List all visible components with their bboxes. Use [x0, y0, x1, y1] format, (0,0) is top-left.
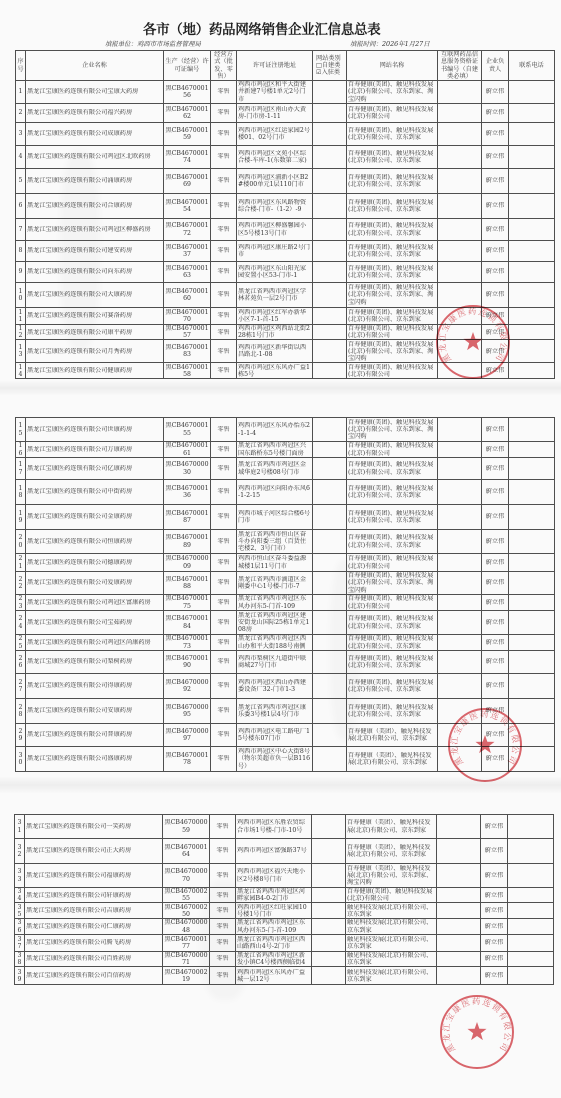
license-number-cell: 黑CB467000172 [164, 219, 211, 241]
license-number: 黑CB467000158 [165, 364, 209, 378]
license-number: 黑CB467000137 [165, 244, 209, 258]
business-mode-cell: 零售 [211, 169, 237, 194]
business-mode-cell: 零售 [210, 903, 236, 919]
registered-address: 鸡西市鸡冠区东胜农贸综合市场1号楼-门市-10号 [237, 819, 310, 833]
business-mode: 零售 [212, 538, 235, 545]
registered-address-cell: 黑龙江省鸡西市鸡冠区金域华庭2号楼08号门市 [237, 458, 313, 480]
license-number-cell: 黑CB467000136 [164, 480, 211, 505]
person-in-charge-cell: 蔚立伟 [481, 951, 508, 966]
row-number: 4 [17, 153, 24, 160]
business-mode-cell: 零售 [211, 340, 237, 363]
business-mode: 零售 [211, 872, 234, 879]
business-mode-cell: 零售 [211, 699, 237, 724]
company-name-cell: 黑龙江宝康医药连锁有限公司百姓药房 [25, 951, 163, 966]
company-name: 黑龙江宝康医药连锁有限公司鸡冠区富康药房 [27, 599, 162, 606]
company-name: 黑龙江宝康医药连锁有限公司健康药房 [27, 367, 162, 374]
row-number-cell: 31 [15, 815, 25, 839]
website-type-cell [313, 442, 347, 458]
reporting-time-label: 填报时间： [350, 40, 382, 48]
person-in-charge-cell: 蔚立伟 [482, 418, 509, 442]
company-name: 黑龙江宝康医药连锁有限公司安康药房 [27, 707, 162, 714]
website-type-cell [313, 458, 347, 480]
company-name: 黑龙江宝康医药连锁有限公司普康药房 [27, 731, 162, 738]
business-mode: 零售 [211, 892, 234, 899]
person-in-charge-cell: 蔚立伟 [481, 815, 508, 839]
license-number-cell: 黑CB467000070 [163, 864, 210, 888]
business-mode: 零售 [212, 348, 235, 355]
website-type-cell [313, 480, 347, 505]
website-name: 百寿健康(美团)、触见科技发展(北京)有限公司、京东到家 [348, 704, 436, 718]
website-name: 百寿健康(美团)、触见科技发展(北京)有限公司、京东到家、淘宝闪购 [348, 572, 436, 594]
registered-address: 黑龙江省鸡西市鸡冠区建安街龙山国际25栋1单元108房 [238, 612, 311, 634]
website-type-cell [313, 325, 347, 340]
person-in-charge: 蔚立伟 [483, 446, 507, 453]
website-name-cell: 百寿健康（美团）、触见科技发展(北京)有限公司、京东到家 [346, 815, 437, 839]
license-number-cell: 黑CB467000155 [164, 418, 211, 442]
row-number-cell: 10 [16, 283, 26, 308]
row-number: 28 [17, 704, 24, 718]
website-name-cell: 百寿健康(美团)、触见科技发展(北京)有限公司、京东到家 [347, 194, 438, 219]
company-seal: 黑龙江宝康医药连锁有限公司 [439, 994, 515, 1070]
row-number-cell: 28 [16, 699, 26, 724]
business-mode-cell: 零售 [211, 505, 237, 530]
website-name-cell: 百寿健康(美团)、触见科技发展(北京)有限公司 [347, 363, 438, 379]
website-name: 百寿健康(美团)、触见科技发展(北京)有限公司、京东到家 [348, 222, 436, 236]
website-name: 百寿健康（美团）、触见科技发展(北京)有限公司、京东到家 [347, 844, 435, 858]
website-type-cell [313, 104, 347, 123]
table-row: 32黑龙江宝康医药连锁有限公司正大药房黑CB467000164零售鸡西市鸡冠区富… [15, 839, 554, 864]
person-in-charge-cell: 蔚立伟 [482, 505, 509, 530]
website-type-cell [313, 699, 347, 724]
table-row: 24黑龙江宝康医药连锁有限公司宝茹药房黑CB467000184零售黑龙江省鸡西市… [16, 611, 555, 635]
license-number: 黑CB467000187 [165, 510, 209, 524]
website-name-cell: 触见科技发展(北京)有限公司、京东到家 [346, 967, 437, 985]
company-name: 黑龙江宝康医药连锁有限公司大康药房 [27, 291, 162, 298]
website-name: 百寿健康(美团)、触见科技发展(北京)有限公司 [348, 364, 436, 378]
business-mode: 零售 [212, 579, 235, 586]
internet-drug-cert-number-cell [438, 651, 482, 674]
company-name-cell: 黑龙江宝康医药连锁有限公司鸡冠区柳盛药房 [26, 219, 164, 241]
website-name-cell: 百寿健康(美团)、触见科技发展(北京)有限公司 [347, 104, 438, 123]
column-header-label: 互联网药品信息服务资格证书编号（自建类必填） [441, 51, 478, 80]
license-number-cell: 黑CB467000048 [163, 919, 210, 934]
website-name: 百寿健康(美团)、触见科技发展(北京)有限公司、京东到家 [348, 265, 436, 279]
company-name: 黑龙江宝康医药连锁有限公司合康药房 [27, 202, 162, 209]
business-mode-cell: 零售 [211, 572, 237, 595]
reporting-unit: 填报单位：鸡西市市场监督管理局 [105, 40, 201, 48]
table-row: 1黑龙江宝康医药连锁有限公司宝康大药房黑CB467000156零售鸡西市鸡冠区和… [16, 81, 555, 104]
row-number: 3 [17, 130, 24, 137]
website-name-cell: 百寿健康(美团)、触见科技发展(北京)有限公司、京东到家 [347, 480, 438, 505]
license-number: 黑CB467000159 [165, 127, 209, 141]
website-type-cell [312, 934, 346, 951]
website-type-cell [313, 595, 347, 611]
business-mode: 零售 [211, 847, 234, 854]
website-name-cell: 百寿健康(美团)、触见科技发展(北京)有限公司、京东到家 [347, 611, 438, 635]
internet-drug-cert-number-cell [438, 554, 482, 572]
row-number: 27 [17, 679, 24, 693]
website-name-cell: 百寿健康（美团）、触见科技发展(北京)有限公司、京东到家 [347, 724, 438, 747]
person-in-charge: 蔚立伟 [483, 559, 507, 566]
column-header-business-mode: 经营方式（批发、零售） [211, 51, 237, 81]
person-in-charge: 蔚立伟 [483, 130, 507, 137]
business-mode-cell: 零售 [211, 595, 237, 611]
license-number: 黑CB467000156 [165, 85, 209, 99]
row-number: 25 [17, 635, 24, 649]
company-name: 黑龙江宝康医药连锁有限公司亿康药房 [27, 465, 162, 472]
row-number-cell: 4 [16, 146, 26, 169]
registered-address-cell: 黑龙江省鸡西市鸡冠区兴国东路桥东5号楼门面房 [237, 442, 313, 458]
website-name-cell: 百寿健康(美团)、触见科技发展(北京)有限公司 [347, 442, 438, 458]
internet-drug-cert-number-cell [437, 967, 481, 985]
contact-phone-cell [508, 919, 554, 934]
internet-drug-cert-number-cell [437, 815, 481, 839]
website-name: 百寿健康(美团)、触见科技发展(北京)有限公司、京东到家 [348, 244, 436, 258]
registered-address: 黑龙江省鸡西市鸡冠区金域华庭2号楼08号门市 [238, 461, 311, 475]
company-name-cell: 黑龙江宝康医药连锁有限公司福兴药房 [26, 104, 164, 123]
website-name-cell: 百寿健康（美团）、触见科技发展(北京)有限公司、京东到家 [346, 839, 437, 864]
registered-address: 鸡西市鸡冠区东风办广益城一层12号 [237, 969, 310, 983]
business-mode: 零售 [211, 823, 234, 830]
contact-phone-cell [509, 169, 555, 194]
license-number: 黑CB467000174 [165, 150, 209, 164]
website-name: 百寿健康(美团)、触见科技发展(北京)有限公司、京东到家 [348, 199, 436, 213]
license-number-cell: 黑CB467000173 [164, 635, 211, 651]
row-number: 20 [17, 534, 24, 548]
license-number: 黑CB467000219 [164, 969, 208, 983]
website-name: 百寿健康(美团)、触见科技发展(北京)有限公司 [348, 595, 436, 609]
registered-address: 鸡西市恒山区奋斗委益源城楼1层11号门市 [238, 555, 311, 569]
registered-address: 黑龙江省鸡西市鸡冠区新发小镇C4号楼西侧临街4 [237, 952, 310, 966]
scan-page-gap [0, 380, 561, 396]
contact-phone-cell [509, 572, 555, 595]
company-name: 黑龙江宝康医药连锁有限公司得康药房 [27, 682, 162, 689]
registered-address-cell: 鸡西市鸡冠区南山办大黄房-门市房-1-11 [237, 104, 313, 123]
row-number: 11 [17, 309, 24, 323]
website-type-cell [313, 81, 347, 104]
business-mode-cell: 零售 [210, 919, 236, 934]
registered-address-cell: 鸡西市鸡冠区浦新小区B2#楼00单元1层110门市 [237, 169, 313, 194]
license-number-cell: 黑CB467000159 [164, 123, 211, 146]
person-in-charge: 蔚立伟 [483, 247, 507, 254]
contact-phone-cell [508, 815, 554, 839]
company-name: 黑龙江宝康医药连锁有限公司涌康药房 [27, 177, 162, 184]
website-name: 百寿健康(美团)、触见科技发展(北京)有限公司、京东到家 [348, 461, 436, 475]
person-in-charge: 蔚立伟 [482, 847, 506, 854]
row-number-cell: 3 [16, 123, 26, 146]
registered-address-cell: 黑龙江省鸡西市滴道区金剛委中心1号楼-门市-7 [237, 572, 313, 595]
website-name-cell: 百寿健康(美团)、触见科技发展(北京)有限公司 [346, 888, 437, 903]
website-name-cell: 百寿健康(美团)、触见科技发展(北京)有限公司、京东到家 [347, 308, 438, 325]
license-number-cell: 黑CB467000156 [164, 81, 211, 104]
registered-address-cell: 鸡西市鸡冠区鸡西站北街228栋1号门市 [237, 325, 313, 340]
registered-address: 黑龙江省鸡西市鸡冠区东风办河东5-门-首-109 [237, 919, 310, 933]
business-mode-cell: 零售 [211, 363, 237, 379]
registered-address-cell: 鸡西市鸡冠区和平大街建井新建7号楼1单元2号门市 [237, 81, 313, 104]
row-number: 12 [17, 325, 24, 339]
registered-address: 鸡西市城子河区综合楼6号门市 [238, 510, 311, 524]
business-mode-cell: 零售 [211, 146, 237, 169]
row-number: 1 [17, 88, 24, 95]
column-header-license-number: 生产（经营）许可证编号 [164, 51, 211, 81]
website-name-cell: 百寿健康(美团)、触见科技发展(北京)有限公司、京东到家、淘宝闪购 [347, 283, 438, 308]
website-type-cell [312, 967, 346, 985]
person-in-charge-cell: 蔚立伟 [481, 839, 508, 864]
registered-address-cell: 鸡西市鸡冠区东风办广益1栋5号 [237, 363, 313, 379]
website-type-cell [313, 530, 347, 554]
website-name: 百寿健康（美团）、触见科技发展(北京)有限公司、京东到家 [347, 819, 435, 833]
website-name-cell: 触见科技发展(北京)有限公司、京东到家 [346, 903, 437, 919]
business-mode-cell: 零售 [211, 123, 237, 146]
table-row: 25黑龙江宝康医药连锁有限公司鸡冠区尚康药房黑CB467000173零售黑龙江省… [16, 635, 555, 651]
company-name: 黑龙江宝康医药连锁有限公司梨树药房 [27, 658, 162, 665]
star-icon [463, 332, 482, 350]
license-number: 黑CB467000070 [164, 868, 208, 882]
license-number: 黑CB467000255 [164, 888, 208, 902]
contact-phone-cell [509, 283, 555, 308]
person-in-charge-cell: 蔚立伟 [481, 903, 508, 919]
contact-phone-cell [508, 934, 554, 951]
column-header-person-in-charge: 企业负责人 [482, 51, 509, 81]
company-name: 黑龙江宝康医药连锁有限公司宝茹药房 [27, 619, 162, 626]
license-number-cell: 黑CB467000219 [163, 967, 210, 985]
license-number-cell: 黑CB467000059 [163, 815, 210, 839]
company-name: 黑龙江宝康医药连锁有限公司宝康大药房 [27, 88, 162, 95]
website-name-cell: 百寿健康(美团)、触见科技发展(北京)有限公司、京东到家 [347, 241, 438, 262]
person-in-charge-cell: 蔚立伟 [482, 674, 509, 699]
registered-address: 鸡西市鸡冠区柳盛馨园小区5号楼13号门市 [238, 222, 311, 236]
company-name: 黑龙江宝康医药连锁有限公司腾飞药房 [26, 939, 161, 946]
license-number: 黑CB467000164 [164, 844, 208, 858]
registered-address: 黑龙江省鸡西市鸡冠区康乐委3号楼1层4号门市 [238, 704, 311, 718]
company-name: 黑龙江宝康医药连锁有限公司百姓药房 [26, 955, 161, 962]
registered-address: 鸡西市鸡冠区东风办广益1栋5号 [238, 364, 311, 378]
registered-address-cell: 黑龙江省鸡西市鸡冠区河畔家园B4-0-2门市 [236, 888, 312, 903]
website-type-cell [313, 572, 347, 595]
business-mode: 零售 [212, 268, 235, 275]
column-header-label: 序号 [17, 58, 23, 72]
website-type-cell [313, 674, 347, 699]
website-name: 百寿健康(美团)、触见科技发展(北京)有限公司、京东到家 [348, 635, 436, 649]
person-in-charge-cell: 蔚立伟 [482, 169, 509, 194]
company-name-cell: 黑龙江宝康医药连锁有限公司大康药房 [26, 283, 164, 308]
table-row: 35黑龙江宝康医药连锁有限公司吉康药房黑CB467000250零售鸡西市鸡冠区红… [15, 903, 554, 919]
license-number: 黑CB467000095 [165, 704, 209, 718]
table-row: 17黑龙江宝康医药连锁有限公司亿康药房黑CB467000030零售黑龙江省鸡西市… [16, 458, 555, 480]
row-number-cell: 21 [16, 554, 26, 572]
website-type-cell [313, 724, 347, 747]
company-name-cell: 黑龙江宝康医药连锁有限公司亿康药房 [26, 458, 164, 480]
website-type-option-label: 入驻类 [322, 69, 341, 76]
contact-phone-cell [509, 418, 555, 442]
registered-address-cell: 鸡西市恒山区奋斗委益源城楼1层11号门市 [237, 554, 313, 572]
table-row: 36黑龙江宝康医药连锁有限公司仁康药房黑CB467000048零售黑龙江省鸡西市… [15, 919, 554, 934]
website-name: 百寿健康（美团）、触见科技发展(北京)有限公司、京东到家、淘宝闪购 [347, 865, 435, 887]
table-header-row: 序号企业名称生产（经营）许可证编号经营方式（批发、零售）许可证注册地址网站类别□… [16, 51, 555, 81]
column-header-internet-drug-cert-number: 互联网药品信息服务资格证书编号（自建类必填） [438, 51, 482, 81]
company-name-cell: 黑龙江宝康医药连锁有限公司宝茹药房 [26, 611, 164, 635]
license-number-cell: 黑CB467000009 [164, 554, 211, 572]
registered-address-cell: 鸡西市鸡冠区柳盛馨园小区5号楼13号门市 [237, 219, 313, 241]
business-mode: 零售 [212, 153, 235, 160]
website-name-cell: 触见科技发展(北京)有限公司、京东到家 [346, 919, 437, 934]
license-number-cell: 黑CB467000161 [164, 442, 211, 458]
company-name-cell: 黑龙江宝康医药连锁有限公司福康药房 [25, 864, 163, 888]
company-name-cell: 黑龙江宝康医药连锁有限公司世康药房 [26, 418, 164, 442]
registered-address: 鸡西市鸡冠区富强路37号 [237, 847, 310, 854]
reporting-unit-value: 鸡西市市场监督管理局 [137, 40, 201, 48]
business-mode-cell: 零售 [211, 194, 237, 219]
registered-address-cell: 黑龙江省鸡西市鸡冠区康乐委3号楼1层4号门市 [237, 699, 313, 724]
business-mode-cell: 零售 [211, 554, 237, 572]
reporting-time-value: 2026年1月27日 [382, 40, 430, 48]
business-mode: 零售 [212, 202, 235, 209]
row-number: 10 [17, 288, 24, 302]
license-number: 黑CB467000160 [165, 288, 209, 302]
row-number-cell: 35 [15, 903, 25, 919]
company-name: 黑龙江宝康医药连锁有限公司爱康药房 [27, 579, 162, 586]
website-name-cell: 百寿健康(美团)、触见科技发展(北京)有限公司、京东到家、淘宝闪购 [347, 572, 438, 595]
row-number: 13 [17, 344, 24, 358]
person-in-charge: 蔚立伟 [483, 682, 507, 689]
table-row: 33黑龙江宝康医药连锁有限公司福康药房黑CB467000070零售鸡西市鸡冠区福… [15, 864, 554, 888]
contact-phone-cell [509, 363, 555, 379]
license-number: 黑CB467000161 [165, 442, 209, 456]
registered-address: 黑龙江省鸡西市鸡冠区兴国东路桥东5号楼门面房 [238, 442, 311, 456]
registered-address-cell: 黑龙江省鸡西市鸡冠区建安街龙山国际25栋1单元108房 [237, 611, 313, 635]
row-number-cell: 34 [15, 888, 25, 903]
reporting-unit-label: 填报单位： [105, 40, 137, 48]
table-row: 34黑龙江宝康医药连锁有限公司轩康药房黑CB467000255零售黑龙江省鸡西市… [15, 888, 554, 903]
business-mode: 零售 [212, 488, 235, 495]
business-mode-cell: 零售 [210, 815, 236, 839]
website-type-cell [313, 747, 347, 772]
website-name-cell: 百寿健康(美团)、触见科技发展(北京)有限公司、京东到家 [347, 651, 438, 674]
business-mode: 零售 [211, 955, 234, 962]
contact-phone-cell [508, 951, 554, 966]
business-mode: 零售 [212, 599, 235, 606]
person-in-charge: 蔚立伟 [483, 202, 507, 209]
row-number-cell: 19 [16, 505, 26, 530]
license-number: 黑CB467000162 [165, 106, 209, 120]
person-in-charge-cell: 蔚立伟 [481, 919, 508, 934]
registered-address: 鸡西市鸡冠区向阳办东风6-1-2-15 [238, 485, 311, 499]
company-name-cell: 黑龙江宝康医药连锁有限公司宝康大药房 [26, 81, 164, 104]
company-name-cell: 黑龙江宝康医药连锁有限公司康平药房 [26, 325, 164, 340]
business-mode: 零售 [212, 109, 235, 116]
person-in-charge: 蔚立伟 [483, 599, 507, 606]
row-number-cell: 15 [16, 418, 26, 442]
table-row: 6黑龙江宝康医药连锁有限公司合康药房黑CB467000154零售鸡西市鸡冠区东风… [16, 194, 555, 219]
person-in-charge: 蔚立伟 [483, 268, 507, 275]
table-page-3: 31黑龙江宝康医药连锁有限公司一笑药房黑CB467000059零售鸡西市鸡冠区东… [14, 814, 554, 985]
row-number-cell: 39 [15, 967, 25, 985]
license-number-cell: 黑CB467000163 [164, 262, 211, 283]
registered-address: 鸡西市鸡冠区红旺家园10号楼1号门市 [237, 904, 310, 918]
license-number: 黑CB467000183 [165, 344, 209, 358]
internet-drug-cert-number-cell [438, 530, 482, 554]
company-name-cell: 黑龙江宝康医药连锁有限公司健康药房 [26, 363, 164, 379]
row-number: 21 [17, 555, 24, 569]
row-number-cell: 36 [15, 919, 25, 934]
registered-address-cell: 鸡西市鸡冠区东风办怡东2-1-1-4 [237, 418, 313, 442]
contact-phone-cell [509, 651, 555, 674]
website-name: 百寿健康(美团)、触见科技发展(北京)有限公司、京东到家 [348, 510, 436, 524]
contact-phone-cell [509, 241, 555, 262]
business-mode-cell: 零售 [211, 262, 237, 283]
license-number-cell: 黑CB467000158 [164, 363, 211, 379]
registered-address-cell: 黑龙江省鸡西市鸡冠区新发小镇C4号楼西侧临街4 [236, 951, 312, 966]
license-number: 黑CB467000190 [165, 655, 209, 669]
registered-address: 鸡西市梨树区九道街中联商城27号门市 [238, 655, 311, 669]
company-name-cell: 黑龙江宝康医药连锁有限公司合康药房 [26, 194, 164, 219]
person-in-charge-cell: 蔚立伟 [481, 934, 508, 951]
row-number-cell: 6 [16, 194, 26, 219]
row-number: 29 [17, 728, 24, 742]
star-icon [467, 1022, 486, 1040]
company-name-cell: 黑龙江宝康医药连锁有限公司安康药房 [26, 699, 164, 724]
person-in-charge-cell: 蔚立伟 [482, 595, 509, 611]
table-row: 19黑龙江宝康医药连锁有限公司金康药房黑CB467000187零售鸡西市城子河区… [16, 505, 555, 530]
business-mode: 零售 [212, 329, 235, 336]
website-name: 触见科技发展(北京)有限公司、京东到家 [347, 936, 435, 950]
license-number: 黑CB467000189 [165, 534, 209, 548]
website-type-cell [313, 262, 347, 283]
column-header-label: 生产（经营）许可证编号 [165, 58, 208, 72]
license-number-cell: 黑CB467000255 [163, 888, 210, 903]
business-mode: 零售 [211, 939, 234, 946]
website-type-cell [313, 611, 347, 635]
registered-address: 黑龙江省鸡西市鸡冠区西山路西山4号-2门市 [237, 936, 310, 950]
person-in-charge-cell: 蔚立伟 [482, 442, 509, 458]
license-number: 黑CB467000163 [165, 265, 209, 279]
internet-drug-cert-number-cell [437, 919, 481, 934]
business-mode: 零售 [212, 226, 235, 233]
row-number: 22 [17, 576, 24, 590]
table-row: 37黑龙江宝康医药连锁有限公司腾飞药房黑CB467000177零售黑龙江省鸡西市… [15, 934, 554, 951]
website-name: 百寿健康(美团)、触见科技发展(北京)有限公司、京东到家 [348, 127, 436, 141]
table-row: 9黑龙江宝康医药连锁有限公司向东药房黑CB467000163零售鸡西市鸡冠区东山… [16, 262, 555, 283]
business-mode-cell: 零售 [211, 635, 237, 651]
internet-drug-cert-number-cell [438, 194, 482, 219]
license-number-cell: 黑CB467000178 [164, 747, 211, 772]
contact-phone-cell [509, 458, 555, 480]
registered-address-cell: 黑龙江省鸡西市鸡冠区西山路西山4号-2门市 [236, 934, 312, 951]
company-name: 黑龙江宝康医药连锁有限公司康平药房 [27, 329, 162, 336]
website-name: 百寿健康(美团)、触见科技发展(北京)有限公司、京东到家 [348, 615, 436, 629]
website-name-cell: 百寿健康(美团)、触见科技发展(北京)有限公司、京东到家 [347, 505, 438, 530]
company-name: 黑龙江宝康医药连锁有限公司轩康药房 [26, 892, 161, 899]
license-number: 黑CB467000178 [165, 752, 209, 766]
column-header-contact-phone: 联系电话 [509, 51, 555, 81]
person-in-charge: 蔚立伟 [482, 955, 506, 962]
internet-drug-cert-number-cell [438, 635, 482, 651]
website-name-cell: 百寿健康(美团)、触见科技发展(北京)有限公司 [347, 554, 438, 572]
table-row: 5黑龙江宝康医药连锁有限公司涌康药房黑CB467000169零售鸡西市鸡冠区浦新… [16, 169, 555, 194]
business-mode: 零售 [212, 639, 235, 646]
person-in-charge-cell: 蔚立伟 [482, 219, 509, 241]
registered-address-cell: 黑龙江省鸡西市鸡冠区学林茗苑负一层2号门市 [237, 283, 313, 308]
company-name-cell: 黑龙江宝康医药连锁有限公司吉康药房 [25, 903, 163, 919]
person-in-charge: 蔚立伟 [483, 488, 507, 495]
website-name-cell: 百寿健康(美团)、触见科技发展(北京)有限公司、京东到家 [347, 169, 438, 194]
business-mode: 零售 [212, 513, 235, 520]
business-mode-cell: 零售 [211, 747, 237, 772]
company-name: 黑龙江宝康医药连锁有限公司恒康药房 [27, 538, 162, 545]
contact-phone-cell [509, 442, 555, 458]
company-name-cell: 黑龙江宝康医药连锁有限公司金康药房 [26, 505, 164, 530]
license-number: 黑CB467000030 [165, 461, 209, 475]
